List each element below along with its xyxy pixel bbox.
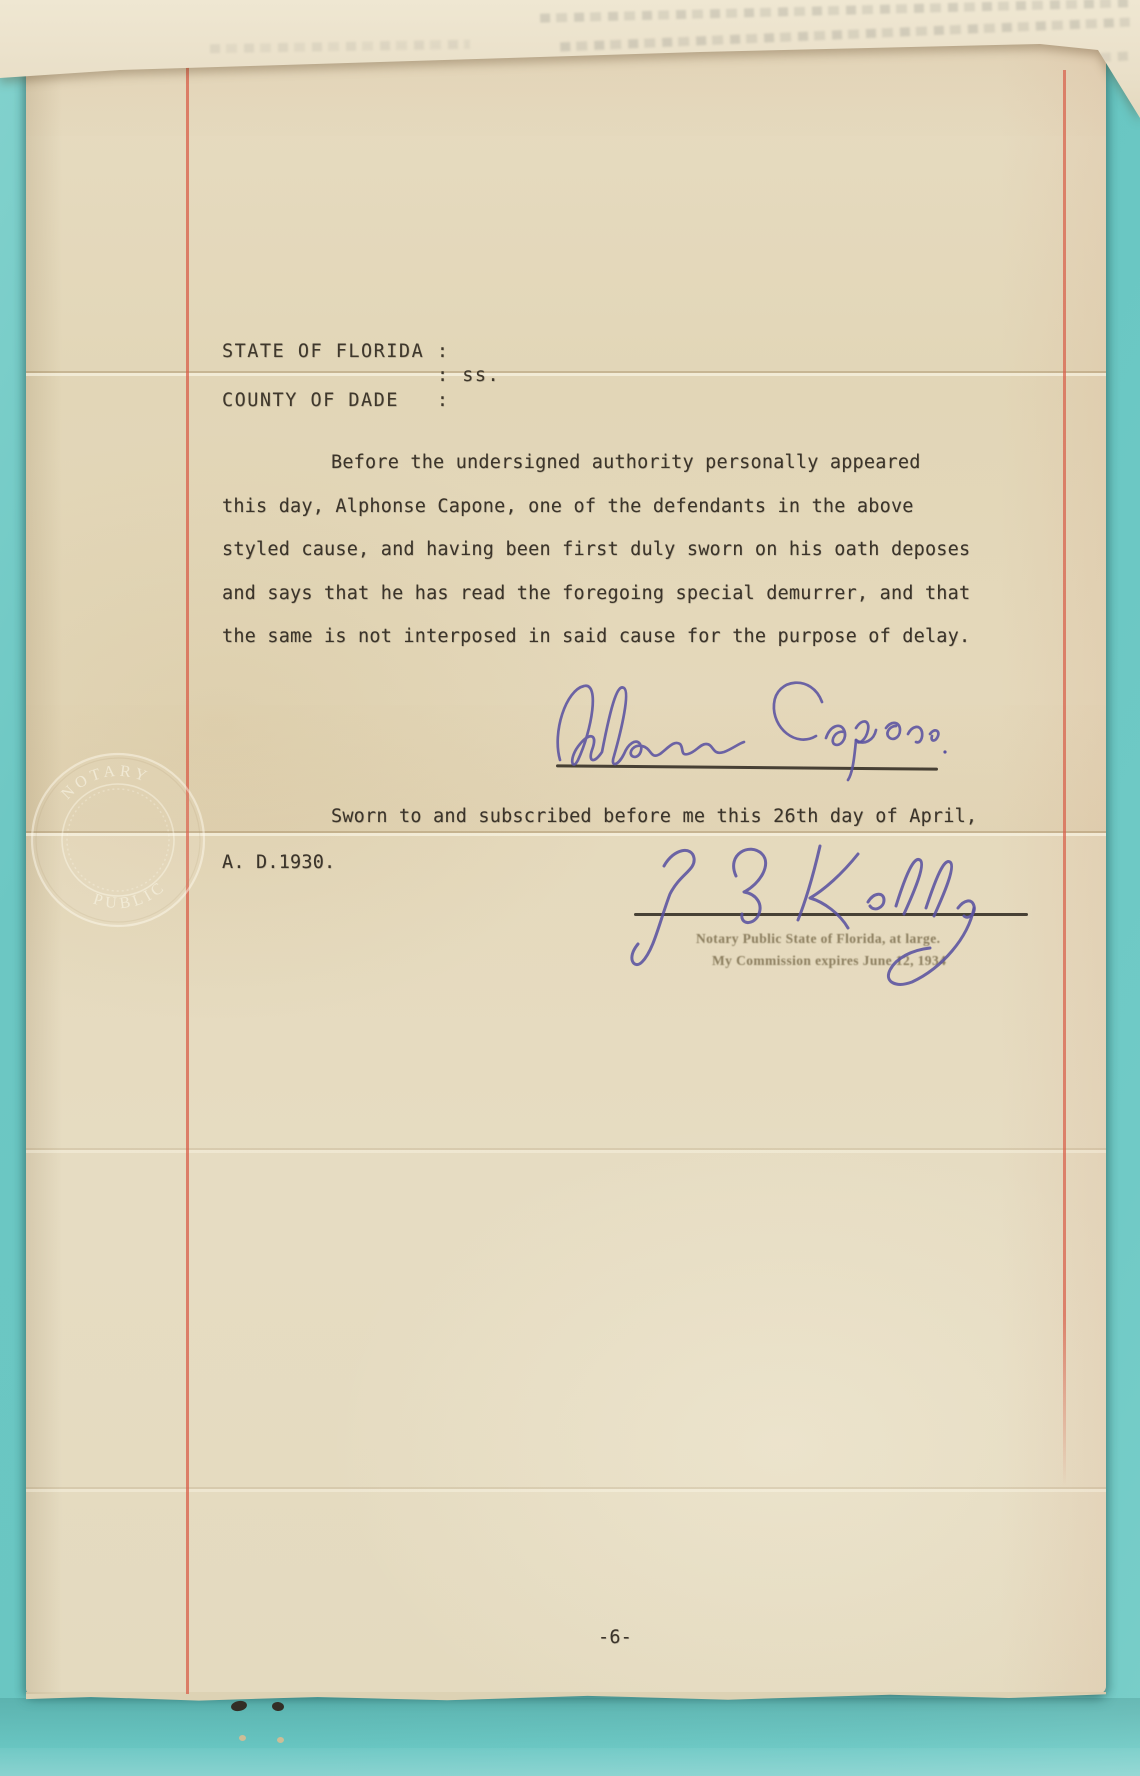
- curled-top-sheet: [0, 0, 1140, 130]
- ghost-text-bleedthrough: [560, 18, 1130, 52]
- state-line: STATE OF FLORIDA :: [222, 341, 449, 363]
- affiant-signature-handwriting: [540, 656, 950, 784]
- scanned-affidavit-page: NOTARY PUBLIC STATE OF FLORIDA : : ss. C…: [0, 0, 1140, 1776]
- curled-top-sheet-paper: [0, 0, 1140, 130]
- sworn-line: Sworn to and subscribed before me this 2…: [331, 806, 977, 828]
- right-margin-rule: [1063, 70, 1066, 1486]
- paper-speck: [239, 1735, 246, 1741]
- backing-sheet-edge: [0, 1748, 1140, 1776]
- teal-backing-shadow: [0, 1698, 1140, 1750]
- date-line: A. D.1930.: [222, 852, 335, 874]
- page-number: -6-: [598, 1627, 632, 1649]
- ss-line: : ss.: [437, 365, 500, 387]
- body-line: this day, Alphonse Capone, one of the de…: [222, 496, 914, 518]
- body-line: styled cause, and having been first duly…: [222, 539, 970, 561]
- notary-signature-handwriting: [612, 838, 1042, 1028]
- ghost-text-bleedthrough: [880, 51, 1130, 73]
- ghost-text-bleedthrough: [540, 0, 1130, 23]
- body-line: Before the undersigned authority persona…: [331, 452, 921, 474]
- body-line: and says that he has read the foregoing …: [222, 583, 970, 605]
- county-line: COUNTY OF DADE :: [222, 390, 449, 412]
- paper-speck: [277, 1737, 284, 1743]
- notary-seal-emboss: NOTARY PUBLIC: [11, 733, 224, 946]
- ghost-text-bleedthrough: [210, 40, 470, 54]
- body-line: the same is not interposed in said cause…: [222, 626, 970, 648]
